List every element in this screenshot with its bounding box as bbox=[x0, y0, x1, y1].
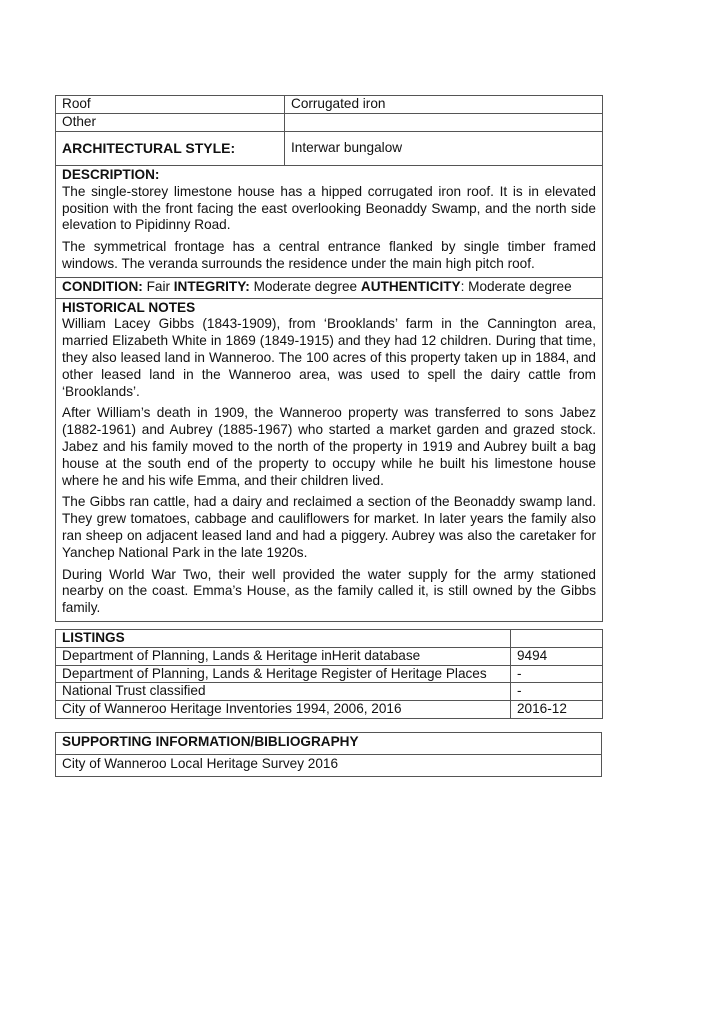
material-label: Roof bbox=[56, 96, 285, 114]
historical-notes-section: HISTORICAL NOTES William Lacey Gibbs (18… bbox=[56, 298, 603, 621]
listing-name: City of Wanneroo Heritage Inventories 19… bbox=[56, 701, 511, 719]
historical-notes-row: HISTORICAL NOTES William Lacey Gibbs (18… bbox=[56, 298, 603, 621]
description-row: DESCRIPTION: The single-storey limestone… bbox=[56, 166, 603, 278]
listings-table: LISTINGS Department of Planning, Lands &… bbox=[55, 629, 603, 719]
architectural-style-row: ARCHITECTURAL STYLE: Interwar bungalow bbox=[56, 132, 603, 166]
listing-value: 9494 bbox=[511, 647, 603, 665]
material-value: Corrugated iron bbox=[285, 96, 603, 114]
material-row-other: Other bbox=[56, 114, 603, 132]
description-heading: DESCRIPTION: bbox=[62, 167, 596, 184]
condition-value: Fair bbox=[143, 279, 174, 294]
integrity-value: Moderate degree bbox=[250, 279, 361, 294]
table-row: City of Wanneroo Heritage Inventories 19… bbox=[56, 701, 603, 719]
material-value bbox=[285, 114, 603, 132]
listing-name: Department of Planning, Lands & Heritage… bbox=[56, 647, 511, 665]
historical-notes-paragraph: During World War Two, their well provide… bbox=[62, 567, 596, 617]
material-row-roof: Roof Corrugated iron bbox=[56, 96, 603, 114]
condition-label: CONDITION: bbox=[62, 279, 143, 294]
listings-heading: LISTINGS bbox=[56, 630, 511, 648]
material-label: Other bbox=[56, 114, 285, 132]
table-row: Department of Planning, Lands & Heritage… bbox=[56, 665, 603, 683]
supporting-information-table: SUPPORTING INFORMATION/BIBLIOGRAPHY City… bbox=[55, 732, 602, 777]
listings-heading-value bbox=[511, 630, 603, 648]
assessment-row: CONDITION: Fair INTEGRITY: Moderate degr… bbox=[56, 277, 603, 298]
bibliography-item: City of Wanneroo Local Heritage Survey 2… bbox=[56, 755, 602, 777]
table-row: National Trust classified - bbox=[56, 683, 603, 701]
historical-notes-heading: HISTORICAL NOTES bbox=[62, 300, 596, 317]
authenticity-value: : Moderate degree bbox=[461, 279, 572, 294]
historical-notes-paragraph: William Lacey Gibbs (1843-1909), from ‘B… bbox=[62, 316, 596, 400]
architectural-style-label: ARCHITECTURAL STYLE: bbox=[56, 132, 285, 166]
listing-value: - bbox=[511, 683, 603, 701]
supporting-information-heading: SUPPORTING INFORMATION/BIBLIOGRAPHY bbox=[56, 733, 602, 755]
integrity-label: INTEGRITY: bbox=[174, 279, 250, 294]
description-paragraph: The single-storey limestone house has a … bbox=[62, 184, 596, 234]
historical-notes-paragraph: The Gibbs ran cattle, had a dairy and re… bbox=[62, 494, 596, 561]
listing-value: - bbox=[511, 665, 603, 683]
listing-name: Department of Planning, Lands & Heritage… bbox=[56, 665, 511, 683]
description-section: DESCRIPTION: The single-storey limestone… bbox=[56, 166, 603, 278]
listing-name: National Trust classified bbox=[56, 683, 511, 701]
authenticity-label: AUTHENTICITY bbox=[361, 279, 461, 294]
listing-value: 2016-12 bbox=[511, 701, 603, 719]
listings-header-row: LISTINGS bbox=[56, 630, 603, 648]
heritage-record-table: Roof Corrugated iron Other ARCHITECTURAL… bbox=[55, 95, 603, 622]
historical-notes-paragraph: After William’s death in 1909, the Wanne… bbox=[62, 405, 596, 489]
table-row: Department of Planning, Lands & Heritage… bbox=[56, 647, 603, 665]
supporting-header-row: SUPPORTING INFORMATION/BIBLIOGRAPHY bbox=[56, 733, 602, 755]
architectural-style-value: Interwar bungalow bbox=[285, 132, 603, 166]
table-row: City of Wanneroo Local Heritage Survey 2… bbox=[56, 755, 602, 777]
assessment-section: CONDITION: Fair INTEGRITY: Moderate degr… bbox=[56, 277, 603, 298]
description-paragraph: The symmetrical frontage has a central e… bbox=[62, 239, 596, 273]
